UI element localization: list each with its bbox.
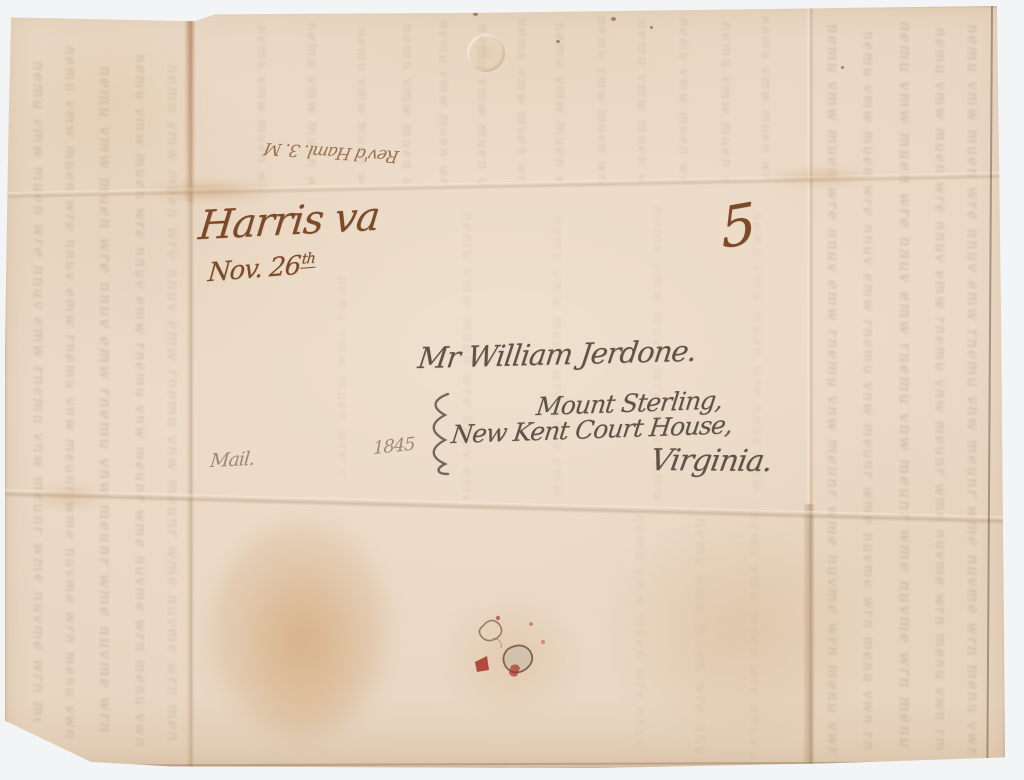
- fold-intersection-stain-right: [763, 166, 878, 188]
- foxing-speck: [650, 26, 653, 29]
- vertical-fold-right: [806, 6, 814, 768]
- vertical-fold-left: [186, 6, 195, 768]
- bleedthrough-script-column: nemu vmw muen wre nnuv emw rnemu vnw meu…: [677, 18, 690, 183]
- bleedthrough-script-column: nemu vmw muen wre nnuv emw rnemu vnw meu…: [553, 22, 567, 182]
- bleedthrough-script-column: nemu vmw muen wre nnuv emw rnemu vnw meu…: [63, 46, 77, 746]
- bleedthrough-script-column: nemu vmw muen wre nnuv emw rnemu vnw meu…: [825, 24, 840, 754]
- scanned-letter-cover: nemu vmw muen wre nnuv emw rnemu vnw meu…: [0, 0, 1024, 780]
- docket-inscription-inverted: Rev'd Haml. 3. M: [263, 139, 400, 164]
- foxing-speck: [611, 17, 616, 21]
- postmark-date-text: Nov. 26: [207, 251, 302, 289]
- mail-notation: Mail.: [209, 450, 255, 471]
- wax-seal-remnant: [453, 604, 563, 694]
- bleedthrough-script-column: nemu vmw muen wre nnuv emw rnemu vnw meu…: [255, 26, 268, 186]
- postmark-date: Nov. 26th: [207, 252, 316, 287]
- postmark-date-ordinal: th: [300, 251, 316, 269]
- bleedthrough-script-column: nemu vmw muen wre nnuv emw rnemu vnw meu…: [133, 54, 147, 754]
- foxing-speck: [556, 40, 560, 43]
- address-recipient: Mr William Jerdone.: [416, 337, 698, 373]
- bleedthrough-script-column: nemu vmw muen wre nnuv emw rnemu vnw meu…: [965, 24, 980, 754]
- bleedthrough-script-column: nemu vmw muen wre nnuv emw rnemu vnw meu…: [635, 20, 649, 182]
- paper-embossing-mark: [467, 34, 505, 72]
- bleedthrough-script-column: nemu vmw muen wre nnuv emw rnemu vnw meu…: [400, 24, 414, 184]
- left-edge-stain: [33, 483, 107, 511]
- bleedthrough-script-column: nemu vmw muen wre nnuv emw rnemu vnw meu…: [97, 66, 113, 736]
- bleedthrough-script-column: nemu vmw muen wre nnuv emw rnemu vnw meu…: [165, 64, 180, 744]
- postal-rate-marking: 5: [719, 196, 757, 258]
- bleedthrough-script-column: nemu vmw muen wre nnuv emw rnemu vnw meu…: [759, 16, 772, 181]
- bleedthrough-script-column: nemu vmw muen wre nnuv emw rnemu vnw meu…: [861, 31, 875, 751]
- address-brace-squiggle: [426, 392, 454, 476]
- vertical-fold-left-stain: [184, 6, 196, 202]
- year-notation: 1845: [373, 436, 415, 458]
- bleedthrough-script-column: nemu vmw muen wre nnuv emw rnemu vnw meu…: [719, 22, 733, 182]
- bleedthrough-script-column: nemu vmw muen wre nnuv emw rnemu vnw meu…: [31, 61, 46, 721]
- bleedthrough-script-column: nemu vmw muen wre nnuv emw rnemu vnw meu…: [897, 21, 913, 756]
- address-line-county: New Kent Court House,: [450, 412, 734, 447]
- wax-red-fragment: [475, 656, 489, 672]
- right-edge-shadow: [986, 6, 993, 760]
- bleedthrough-script-column: nemu vmw muen wre nnuv emw rnemu vnw meu…: [515, 18, 528, 183]
- bottom-aging-band: [5, 698, 1005, 768]
- foxing-speck: [841, 66, 844, 69]
- top-left-aging: [13, 14, 208, 189]
- horizontal-fold-upper: [0, 172, 1019, 199]
- horizontal-fold-lower: [0, 489, 1019, 525]
- bleedthrough-script-column: nemu vmw muen wre nnuv emw rnemu vnw meu…: [595, 16, 608, 184]
- bleedthrough-script-column: nemu vmw muen wre nnuv emw rnemu vnw meu…: [437, 20, 450, 185]
- foxing-speck: [473, 12, 478, 16]
- postmark-town: Harris va: [197, 197, 381, 247]
- bleedthrough-script-column: nemu vmw muen wre nnuv emw rnemu vnw meu…: [933, 28, 947, 753]
- address-line-state: Virginia.: [648, 446, 774, 477]
- bleedthrough-script-column: nemu vmw muen wre nnuv emw rnemu vnw meu…: [335, 276, 349, 476]
- letter-cover-paper: nemu vmw muen wre nnuv emw rnemu vnw meu…: [5, 6, 1005, 768]
